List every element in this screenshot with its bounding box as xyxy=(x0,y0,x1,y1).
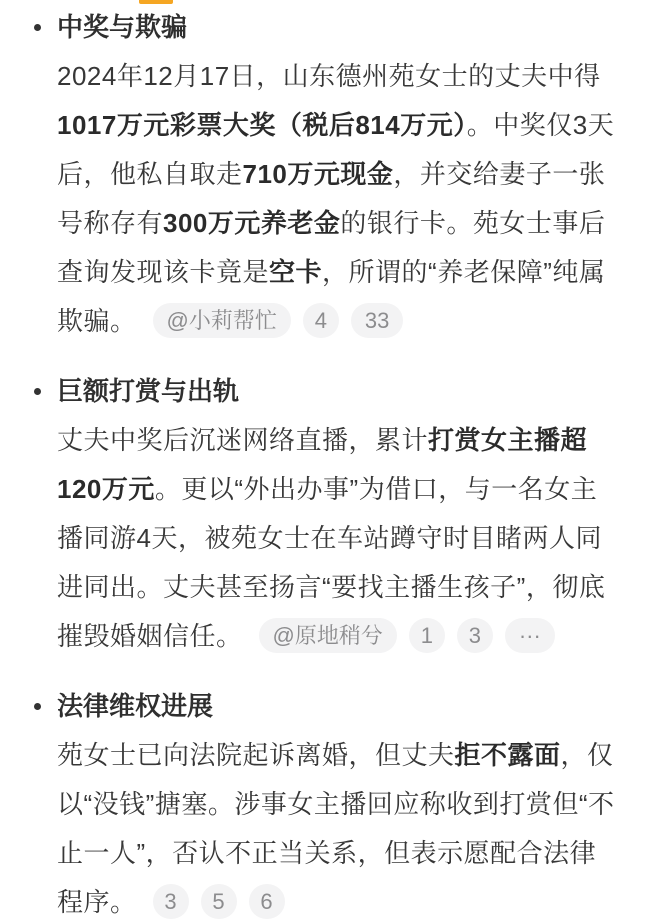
citation-badge[interactable]: 6 xyxy=(249,884,285,919)
body-text-bold: 空卡 xyxy=(269,257,322,287)
summary-page: 中奖与欺骗2024年12月17日，山东德州苑女士的丈夫中得1017万元彩票大奖（… xyxy=(0,0,650,920)
citation-badge[interactable]: 1 xyxy=(409,618,445,653)
body-text: 丈夫中奖后沉迷网络直播，累计 xyxy=(57,425,428,455)
citation-badge[interactable]: 4 xyxy=(303,303,339,338)
section-body: 苑女士已向法院起诉离婚，但丈夫拒不露面，仅以“没钱”搪塞。涉事女主播回应称收到打… xyxy=(57,731,622,920)
citation-badge[interactable]: 3 xyxy=(457,618,493,653)
citation-badge[interactable]: ··· xyxy=(505,618,555,653)
list-item: 中奖与欺骗2024年12月17日，山东德州苑女士的丈夫中得1017万元彩票大奖（… xyxy=(57,3,622,346)
citation-badge[interactable]: @小莉帮忙 xyxy=(153,303,291,338)
section-heading: 巨额打赏与出轨 xyxy=(57,367,622,416)
body-text-bold: 300万元养老金 xyxy=(163,208,340,238)
body-text: 2024年12月17日，山东德州苑女士的丈夫中得 xyxy=(57,61,601,91)
bullet-dot xyxy=(34,703,41,710)
bullet-dot xyxy=(34,388,41,395)
section-body: 丈夫中奖后沉迷网络直播，累计打赏女主播超120万元。更以“外出办事”为借口，与一… xyxy=(57,416,622,661)
body-text-bold: 拒不露面 xyxy=(455,740,561,770)
citation-badge[interactable]: 33 xyxy=(351,303,403,338)
list-item: 巨额打赏与出轨丈夫中奖后沉迷网络直播，累计打赏女主播超120万元。更以“外出办事… xyxy=(57,367,622,661)
citation-badge[interactable]: @原地稍兮 xyxy=(259,618,397,653)
body-text-bold: 1017万元彩票大奖（税后814万元） xyxy=(57,110,467,140)
section-body: 2024年12月17日，山东德州苑女士的丈夫中得1017万元彩票大奖（税后814… xyxy=(57,52,622,346)
list-item: 法律维权进展苑女士已向法院起诉离婚，但丈夫拒不露面，仅以“没钱”搪塞。涉事女主播… xyxy=(57,682,622,920)
citation-badge[interactable]: 3 xyxy=(153,884,189,919)
section-heading: 中奖与欺骗 xyxy=(57,3,622,52)
body-text-bold: 710万元现金 xyxy=(243,159,394,189)
summary-sections: 中奖与欺骗2024年12月17日，山东德州苑女士的丈夫中得1017万元彩票大奖（… xyxy=(57,3,622,920)
citation-badge[interactable]: 5 xyxy=(201,884,237,919)
body-text: 苑女士已向法院起诉离婚，但丈夫 xyxy=(57,740,455,770)
bullet-dot xyxy=(34,24,41,31)
section-heading: 法律维权进展 xyxy=(57,682,622,731)
